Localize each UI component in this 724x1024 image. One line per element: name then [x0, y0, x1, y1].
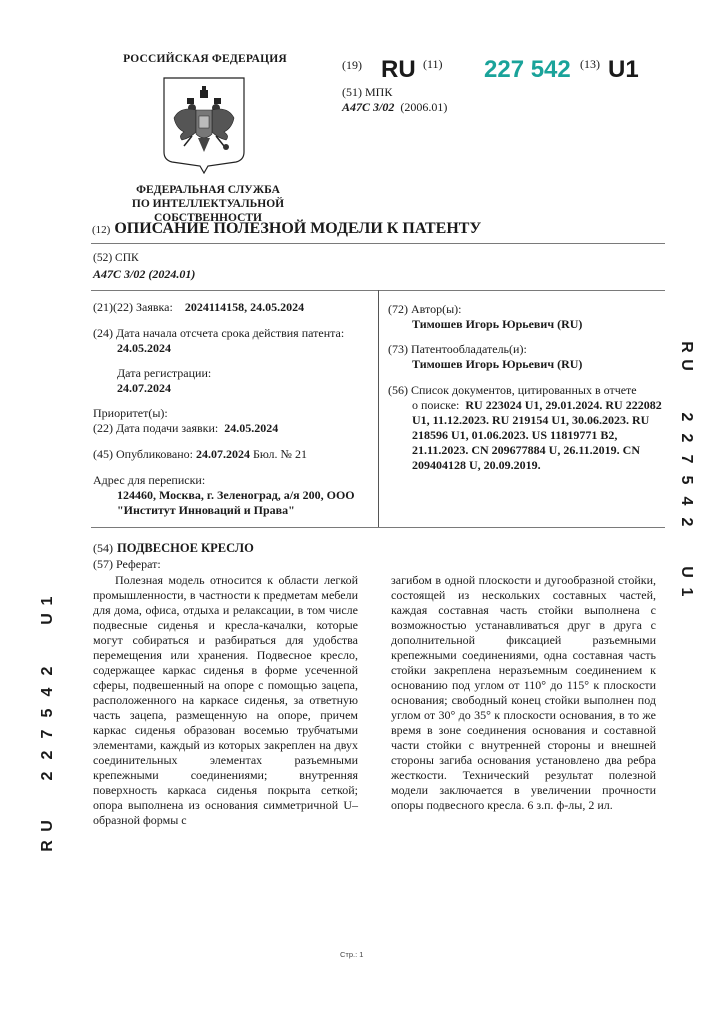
filing-date-value: 24.05.2024: [224, 421, 278, 435]
side-char: 2: [677, 512, 695, 532]
holders-value: Тимошев Игорь Юрьевич (RU): [388, 357, 582, 372]
spk-label: (52) СПК: [93, 252, 139, 264]
side-char: 1: [39, 591, 57, 611]
biblio-bottom-divider: [91, 527, 665, 528]
authors-value: Тимошев Игорь Юрьевич (RU): [388, 317, 582, 332]
filing-date-label: (22) Дата подачи заявки:: [93, 421, 218, 435]
citation-line: 209404128 U, 20.09.2019.: [388, 458, 668, 473]
address-line-1: 124460, Москва, г. Зеленоград, а/я 200, …: [93, 488, 355, 503]
term-start-field: (24) Дата начала отсчета срока действия …: [93, 326, 344, 356]
side-char: 7: [39, 724, 57, 744]
side-char: 1: [677, 582, 695, 602]
kind-code: U1: [608, 58, 639, 82]
inid-code-11: (11): [423, 57, 443, 72]
utility-model-name: ПОДВЕСНОЕ КРЕСЛО: [117, 541, 254, 555]
country-code: RU: [381, 58, 416, 82]
side-char: U: [39, 609, 57, 629]
inid-code-19: (19): [342, 58, 362, 73]
side-code-left: R U 2 2 7 5 4 2 U 1: [38, 592, 58, 862]
application-label: (21)(22) Заявка:: [93, 300, 173, 314]
agency-line-1: ФЕДЕРАЛЬНАЯ СЛУЖБА: [78, 183, 338, 197]
abstract-column-2: загибом в одной плоскости и дугообразной…: [391, 573, 656, 813]
side-char: 4: [39, 682, 57, 702]
priority-label: Приоритет(ы):: [93, 406, 278, 421]
registration-field: Дата регистрации: 24.07.2024: [93, 366, 211, 396]
term-start-value: 24.05.2024: [93, 341, 344, 356]
published-field: (45) Опубликовано: 24.07.2024 Бюл. № 21: [93, 447, 307, 462]
side-char: U: [677, 562, 695, 582]
side-char: U: [677, 355, 695, 375]
published-label: (45) Опубликовано:: [93, 447, 193, 461]
patent-number: 227 542: [484, 58, 571, 82]
side-code-right: R U 2 2 7 5 4 2 U 1: [676, 338, 696, 608]
term-start-label: (24) Дата начала отсчета срока действия …: [93, 326, 344, 341]
authors-label: (72) Автор(ы):: [388, 302, 582, 317]
document-title: (12)ОПИСАНИЕ ПОЛЕЗНОЙ МОДЕЛИ К ПАТЕНТУ: [92, 220, 481, 238]
page-number: Стр.: 1: [340, 950, 363, 959]
bulletin-label: Бюл. № 21: [253, 447, 307, 461]
mpk-classification: A47C 3/02 (2006.01): [342, 100, 447, 115]
side-char: 7: [677, 449, 695, 469]
holders-field: (73) Патентообладатель(и): Тимошев Игорь…: [388, 342, 582, 372]
priority-field: Приоритет(ы): (22) Дата подачи заявки: 2…: [93, 406, 278, 436]
published-value: 24.07.2024: [196, 447, 250, 461]
spk-classification: A47C 3/02 (2024.01): [93, 267, 195, 282]
citations-field: (56) Список документов, цитированных в о…: [388, 383, 668, 473]
citations-label-2: о поиске:: [412, 398, 459, 412]
title-code-54: (54): [93, 541, 113, 555]
holders-label: (73) Патентообладатель(и):: [388, 342, 582, 357]
citation-line: U1, 11.12.2023. RU 219154 U1, 30.06.2023…: [388, 413, 668, 428]
russian-coat-of-arms-icon: [162, 76, 246, 174]
side-char: 2: [39, 766, 57, 786]
side-char: U: [39, 816, 57, 836]
side-char: 2: [39, 745, 57, 765]
mpk-class-code: A47C 3/02: [342, 100, 394, 114]
side-char: 4: [677, 491, 695, 511]
abstract-label: (57) Реферат:: [93, 557, 161, 572]
side-char: 5: [39, 703, 57, 723]
application-field: (21)(22) Заявка: 2024114158, 24.05.2024: [93, 300, 304, 315]
citations-label: (56) Список документов, цитированных в о…: [388, 383, 668, 398]
inid-code-13: (13): [580, 57, 600, 72]
citation-line: 21.11.2023. CN 209677884 U, 26.11.2019. …: [388, 443, 668, 458]
address-label: Адрес для переписки:: [93, 473, 355, 488]
registration-label: Дата регистрации:: [93, 366, 211, 381]
utility-model-title: (54)ПОДВЕСНОЕ КРЕСЛО: [93, 541, 254, 556]
address-line-2: "Институт Инноваций и Права": [93, 503, 355, 518]
title-text: ОПИСАНИЕ ПОЛЕЗНОЙ МОДЕЛИ К ПАТЕНТУ: [114, 220, 481, 237]
side-char: R: [677, 337, 695, 357]
side-char: 5: [677, 470, 695, 490]
abstract-column-1: Полезная модель относится к области легк…: [93, 573, 358, 828]
authors-field: (72) Автор(ы): Тимошев Игорь Юрьевич (RU…: [388, 302, 582, 332]
application-value: 2024114158, 24.05.2024: [185, 300, 304, 314]
side-char: 2: [677, 407, 695, 427]
mpk-version: (2006.01): [400, 100, 447, 114]
biblio-column-divider: [378, 290, 379, 527]
title-divider: [91, 243, 665, 244]
mpk-label: (51) МПК: [342, 85, 392, 100]
country-name: РОССИЙСКАЯ ФЕДЕРАЦИЯ: [80, 53, 330, 65]
side-char: 2: [39, 661, 57, 681]
address-field: Адрес для переписки: 124460, Москва, г. …: [93, 473, 355, 518]
citation-line: 218596 U1, 01.06.2023. US 11819771 B2,: [388, 428, 668, 443]
agency-name: ФЕДЕРАЛЬНАЯ СЛУЖБА ПО ИНТЕЛЛЕКТУАЛЬНОЙ С…: [78, 183, 338, 225]
side-char: 2: [677, 428, 695, 448]
side-char: R: [39, 836, 57, 856]
citation-line: RU 223024 U1, 29.01.2024. RU 222082: [465, 398, 661, 412]
registration-value: 24.07.2024: [93, 381, 211, 396]
title-code: (12): [92, 224, 110, 236]
